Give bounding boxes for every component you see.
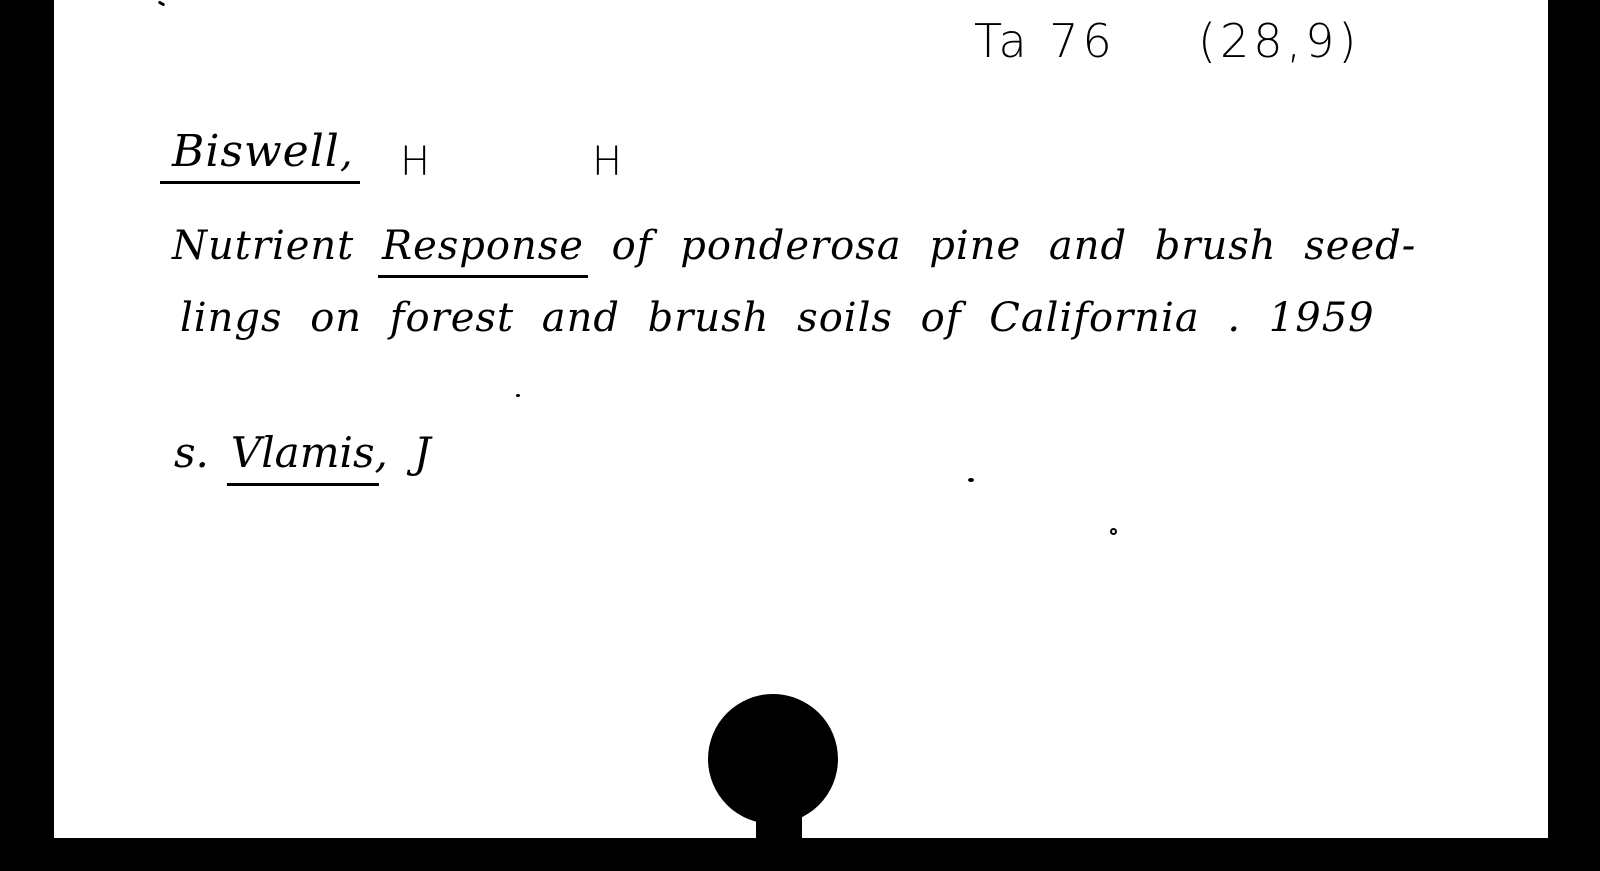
ink-speck: [516, 394, 520, 397]
see-also-prefix: s.: [174, 428, 209, 477]
shelfmark-reference: (28,9): [1198, 18, 1360, 64]
title-line-2: lings on forest and brush soils of Calif…: [180, 298, 1375, 338]
see-also-name: Vlamis: [231, 432, 375, 474]
ink-speck: [968, 478, 974, 482]
title-word-after: of ponderosa pine and brush seed-: [612, 223, 1417, 269]
title-line-1: Nutrient Response of ponderosa pine and …: [172, 226, 1416, 266]
author-surname: Biswell,: [172, 130, 354, 174]
author-surname-text: Biswell: [172, 126, 340, 177]
ink-speck: [158, 0, 166, 6]
ink-ring-speck: [1110, 528, 1117, 535]
title-underlined-word: Response: [382, 226, 584, 266]
see-also-initial: J: [414, 428, 431, 477]
author-initial-first: H: [400, 142, 430, 182]
author-separator: ,: [340, 130, 354, 176]
title-word-before: Nutrient: [172, 223, 354, 269]
see-also-reference: s.Vlamis,J: [174, 432, 431, 474]
author-initial-second: H: [592, 142, 622, 182]
index-card: Ta 76 (28,9) Biswell, H H Nutrient Respo…: [54, 0, 1548, 838]
punch-hole-slot: [756, 800, 802, 838]
see-also-separator: ,: [375, 428, 388, 477]
shelfmark-code: Ta 76: [974, 18, 1116, 64]
